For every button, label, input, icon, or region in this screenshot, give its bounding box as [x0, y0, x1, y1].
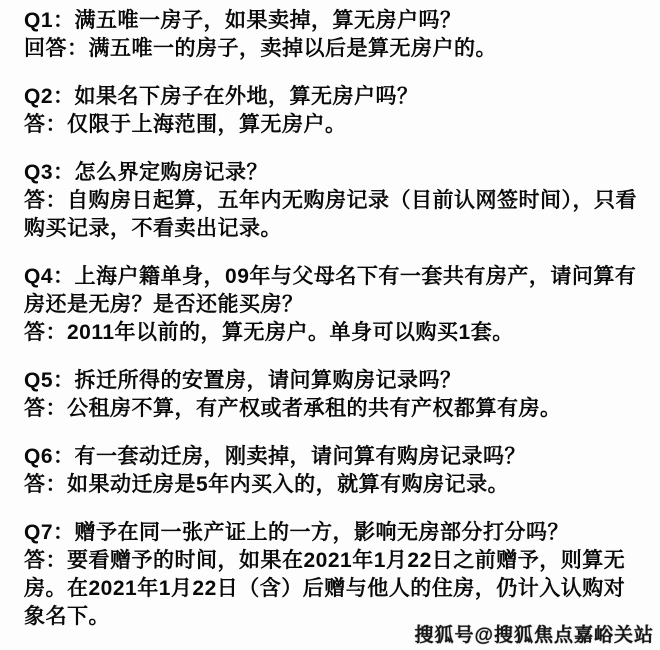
- answer-text: 答：要看赠予的时间，如果在2021年1月22日之前赠予，则算无房。在2021年1…: [24, 547, 646, 631]
- question-text: Q6：有一套动迁房，刚卖掉，请问算有购房记录吗？: [24, 443, 646, 471]
- faq-item-q7: Q7：赠予在同一张产证上的一方，影响无房部分打分吗？ 答：要看赠予的时间，如果在…: [24, 519, 646, 631]
- faq-item-q6: Q6：有一套动迁房，刚卖掉，请问算有购房记录吗？ 答：如果动迁房是5年内买入的，…: [24, 443, 646, 499]
- faq-document: Q1：满五唯一房子，如果卖掉，算无房户吗？ 回答：满五唯一的房子，卖掉以后是算无…: [0, 0, 660, 631]
- answer-text: 答：自购房日起算，五年内无购房记录（目前认网签时间），只看购买记录，不看卖出记录…: [24, 187, 646, 243]
- question-text: Q4：上海户籍单身，09年与父母名下有一套共有房产，请问算有房还是无房？是否还能…: [24, 263, 646, 319]
- question-text: Q7：赠予在同一张产证上的一方，影响无房部分打分吗？: [24, 519, 646, 547]
- question-text: Q2：如果名下房子在外地，算无房户吗？: [24, 83, 646, 111]
- question-text: Q5：拆迁所得的安置房，请问算购房记录吗？: [24, 367, 646, 395]
- faq-item-q3: Q3：怎么界定购房记录？ 答：自购房日起算，五年内无购房记录（目前认网签时间），…: [24, 159, 646, 243]
- faq-item-q4: Q4：上海户籍单身，09年与父母名下有一套共有房产，请问算有房还是无房？是否还能…: [24, 263, 646, 347]
- answer-text: 答：公租房不算，有产权或者承租的共有产权都算有房。: [24, 395, 646, 423]
- answer-text: 答：仅限于上海范围，算无房户。: [24, 111, 646, 139]
- faq-item-q2: Q2：如果名下房子在外地，算无房户吗？ 答：仅限于上海范围，算无房户。: [24, 83, 646, 139]
- faq-item-q1: Q1：满五唯一房子，如果卖掉，算无房户吗？ 回答：满五唯一的房子，卖掉以后是算无…: [24, 7, 646, 63]
- answer-text: 答：2011年以前的，算无房户。单身可以购买1套。: [24, 319, 646, 347]
- question-text: Q3：怎么界定购房记录？: [24, 159, 646, 187]
- answer-text: 回答：满五唯一的房子，卖掉以后是算无房户的。: [24, 35, 646, 63]
- sohu-watermark: 搜狐号@搜狐焦点嘉峪关站: [414, 624, 654, 648]
- answer-text: 答：如果动迁房是5年内买入的，就算有购房记录。: [24, 471, 646, 499]
- question-text: Q1：满五唯一房子，如果卖掉，算无房户吗？: [24, 7, 646, 35]
- faq-item-q5: Q5：拆迁所得的安置房，请问算购房记录吗？ 答：公租房不算，有产权或者承租的共有…: [24, 367, 646, 423]
